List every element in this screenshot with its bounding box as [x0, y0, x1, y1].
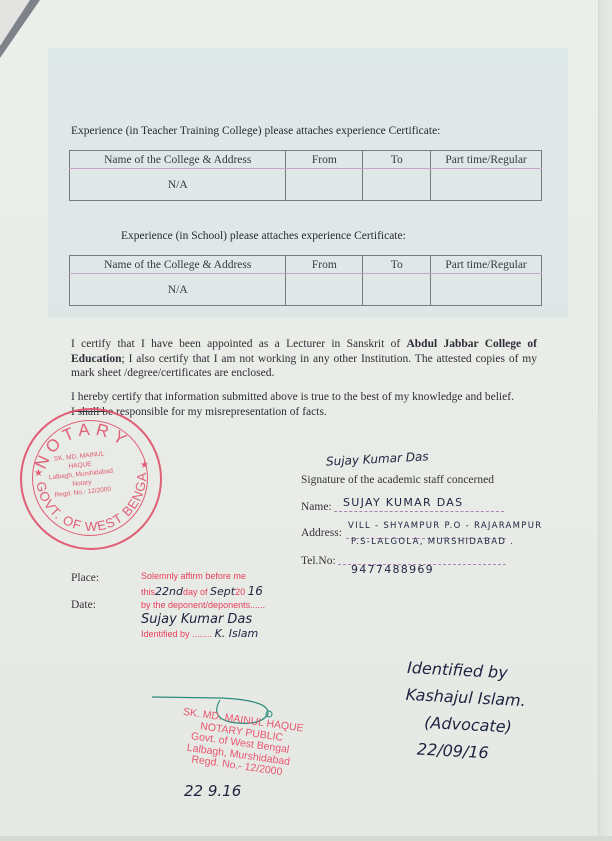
folded-corner-highlight — [0, 0, 30, 46]
column-header: Name of the College & Address — [70, 256, 286, 274]
place-label: Place: — [71, 572, 99, 584]
affirm-line-4: Identified by ........ K. Islam — [141, 627, 265, 642]
table-cell — [431, 274, 542, 306]
column-header: From — [286, 151, 363, 169]
notary-round-seal: NOTARY GOVT. OF WEST BENGAL ★ ★ SK. MD. … — [20, 408, 162, 550]
table-header-row: Name of the College & Address From To Pa… — [70, 256, 542, 274]
svg-text:★: ★ — [140, 460, 149, 471]
table-cell — [431, 169, 542, 201]
name-underline — [334, 511, 504, 512]
svg-text:★: ★ — [34, 468, 43, 479]
affirm-line-1: Solemnly affirm before me — [141, 569, 265, 584]
table-row: N/A — [70, 169, 542, 201]
address-line-2: P.S-LALGOLA, MURSHIDABAD . — [351, 537, 514, 547]
signature-label: Signature of the academic staff concerne… — [301, 474, 494, 486]
school-heading: Experience (in School) please attaches e… — [121, 229, 406, 243]
column-header: Part time/Regular — [431, 151, 542, 169]
column-header: To — [363, 256, 431, 274]
column-header: Name of the College & Address — [70, 151, 286, 169]
table-cell — [363, 169, 431, 201]
table-cell — [363, 274, 431, 306]
date-label: Date: — [71, 599, 96, 611]
declaration-line-1: I hereby certify that information submit… — [71, 391, 514, 403]
table-cell — [286, 274, 363, 306]
seal-center-text: SK. MD. MAINUL HAQUE Lalbagh, Murshidaba… — [44, 448, 118, 500]
deponent-signature: Sujay Kumar Das — [141, 612, 252, 627]
identifier-signature: K. Islam — [215, 627, 259, 640]
table-cell: N/A — [70, 274, 286, 306]
certification-paragraph: I certify that I have been appointed as … — [71, 337, 537, 381]
table-cell: N/A — [70, 169, 286, 201]
name-label: Name: — [301, 501, 332, 513]
affirm-day-of: day of — [183, 587, 208, 597]
table-cell — [286, 169, 363, 201]
affirm-this: this — [141, 587, 155, 597]
school-table: Name of the College & Address From To Pa… — [69, 255, 542, 306]
affirm-line-3: by the deponent/deponents...... — [141, 598, 265, 613]
affirm-deponent-row: Sujay Kumar Das — [141, 613, 265, 628]
affirm-line-2: this22ndday of Sept20 16 — [141, 584, 265, 599]
page-bottom-edge — [0, 836, 612, 841]
page-edge — [598, 0, 612, 841]
identified-by-label: Identified by — [141, 629, 190, 639]
notary-handwritten-date: 22 9.16 — [184, 782, 241, 800]
certification-text-2: ; I also certify that I am not working i… — [71, 353, 537, 380]
certification-text-1: I certify that I have been appointed as … — [71, 338, 406, 350]
table-header-row: Name of the College & Address From To Pa… — [70, 151, 542, 169]
address-label: Address: — [301, 527, 342, 539]
affirm-year-hand: 16 — [248, 584, 263, 598]
affirm-day-hand: 22nd — [155, 585, 183, 598]
tel-label: Tel.No: — [301, 555, 336, 567]
teacher-training-table: Name of the College & Address From To Pa… — [69, 150, 542, 201]
affirm-month-hand: Sept — [210, 585, 235, 598]
column-header: From — [286, 256, 363, 274]
address-line-1: VILL - SHYAMPUR P.O - RAJARAMPUR — [348, 521, 542, 531]
column-header: To — [363, 151, 431, 169]
affirmation-stamp: Solemnly affirm before me this22ndday of… — [141, 569, 265, 642]
column-header: Part time/Regular — [431, 256, 542, 274]
identification-note: Identified by Kashajul Islam. (Advocate)… — [402, 654, 528, 768]
tel-value: 9477488969 — [351, 563, 434, 576]
teacher-training-heading: Experience (in Teacher Training College)… — [71, 124, 440, 138]
name-value: SUJAY KUMAR DAS — [343, 496, 463, 509]
affirm-year-prefix: 20 — [235, 587, 245, 597]
table-row: N/A — [70, 274, 542, 306]
